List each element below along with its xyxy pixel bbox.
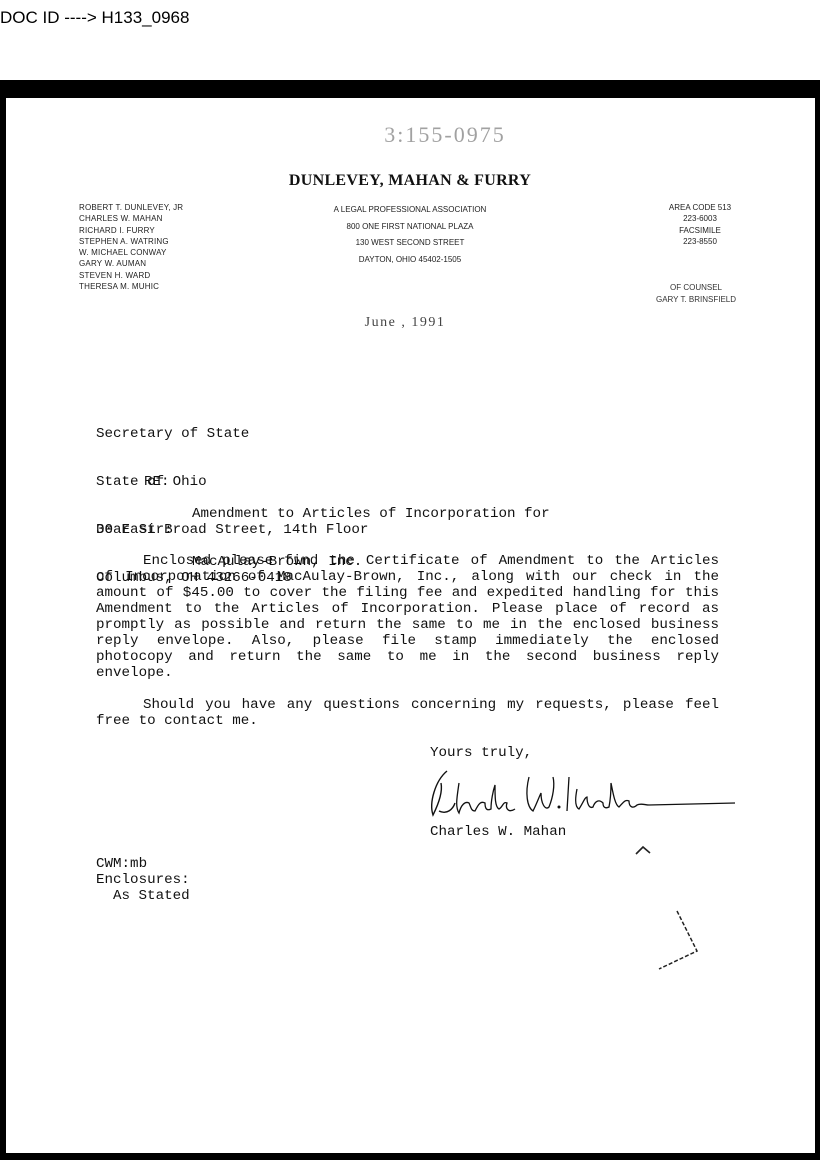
body-paragraph: Enclosed please find the Certificate of …: [96, 553, 719, 681]
handwritten-signature: [425, 763, 755, 828]
contact-line: 223-6003: [640, 213, 760, 224]
partner-name: ROBERT T. DUNLEVEY, JR: [79, 202, 183, 213]
partner-name: STEVEN H. WARD: [79, 270, 183, 281]
contact-line: AREA CODE 513: [640, 202, 760, 213]
letter-date: June , 1991: [320, 315, 490, 331]
recipient-line: Secretary of State: [96, 426, 368, 442]
address-line: 800 ONE FIRST NATIONAL PLAZA: [300, 219, 520, 236]
scan-border-top: [0, 80, 820, 98]
closing: Yours truly,: [430, 745, 532, 761]
partner-name: STEPHEN A. WATRING: [79, 236, 183, 247]
of-counsel-label: OF COUNSEL: [636, 282, 756, 294]
signer-name: Charles W. Mahan: [430, 824, 566, 840]
of-counsel: OF COUNSEL GARY T. BRINSFIELD: [636, 282, 756, 306]
partner-name: RICHARD I. FURRY: [79, 225, 183, 236]
doc-id: DOC ID ----> H133_0968: [0, 8, 189, 28]
scan-mark-icon: [655, 905, 715, 980]
body-paragraph-text: Should you have any questions concerning…: [96, 697, 719, 729]
address-line: 130 WEST SECOND STREET: [300, 235, 520, 252]
scan-border-bottom: [0, 1153, 820, 1160]
scan-border-right: [815, 98, 820, 1160]
scan-border-left: [0, 80, 6, 1160]
firm-name: DUNLEVEY, MAHAN & FURRY: [250, 172, 570, 190]
enclosures-label: Enclosures:: [96, 872, 190, 888]
re-subject-line: Amendment to Articles of Incorporation f…: [192, 506, 550, 522]
address-line: DAYTON, OHIO 45402-1505: [300, 252, 520, 269]
partner-name: GARY W. AUMAN: [79, 258, 183, 269]
salutation: Dear Sir:: [96, 522, 173, 538]
signature-icon: [425, 763, 755, 823]
firm-address: A LEGAL PROFESSIONAL ASSOCIATION 800 ONE…: [300, 202, 520, 268]
partner-name: CHARLES W. MAHAN: [79, 213, 183, 224]
address-line: A LEGAL PROFESSIONAL ASSOCIATION: [300, 202, 520, 219]
partner-name: W. MICHAEL CONWAY: [79, 247, 183, 258]
partner-name: THERESA M. MUHIC: [79, 281, 183, 292]
typist-initials: CWM:mb: [96, 856, 147, 872]
contact-line: 223-8550: [640, 236, 760, 247]
re-line: RE: Amendment to Articles of Incorporati…: [144, 474, 161, 522]
check-mark-icon: [634, 843, 654, 861]
partners-list: ROBERT T. DUNLEVEY, JR CHARLES W. MAHAN …: [79, 202, 183, 292]
firm-contact: AREA CODE 513 223-6003 FACSIMILE 223-855…: [640, 202, 760, 247]
body-paragraph-text: Enclosed please find the Certificate of …: [96, 553, 719, 681]
body-paragraph: Should you have any questions concerning…: [96, 697, 719, 729]
enclosures-item: As Stated: [113, 888, 190, 904]
filing-stamp: 3:155-0975: [370, 122, 520, 148]
contact-line: FACSIMILE: [640, 225, 760, 236]
of-counsel-name: GARY T. BRINSFIELD: [636, 294, 756, 306]
re-label: RE:: [144, 474, 170, 490]
